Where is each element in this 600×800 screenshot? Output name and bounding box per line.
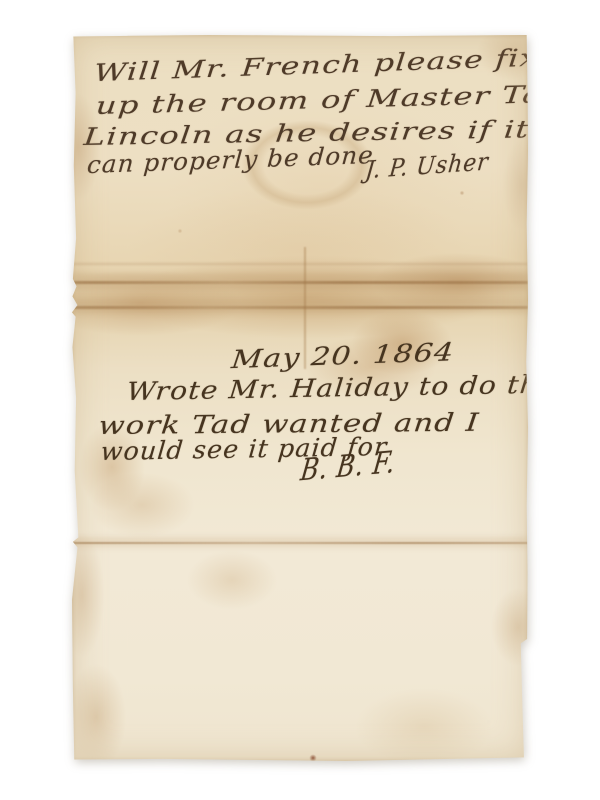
- paper-edge-vignette: [72, 35, 528, 761]
- manuscript-paper-wrap: Will Mr. French please fix up the room o…: [72, 35, 528, 761]
- photo-backdrop: Will Mr. French please fix up the room o…: [0, 0, 600, 800]
- manuscript-paper: Will Mr. French please fix up the room o…: [72, 35, 528, 761]
